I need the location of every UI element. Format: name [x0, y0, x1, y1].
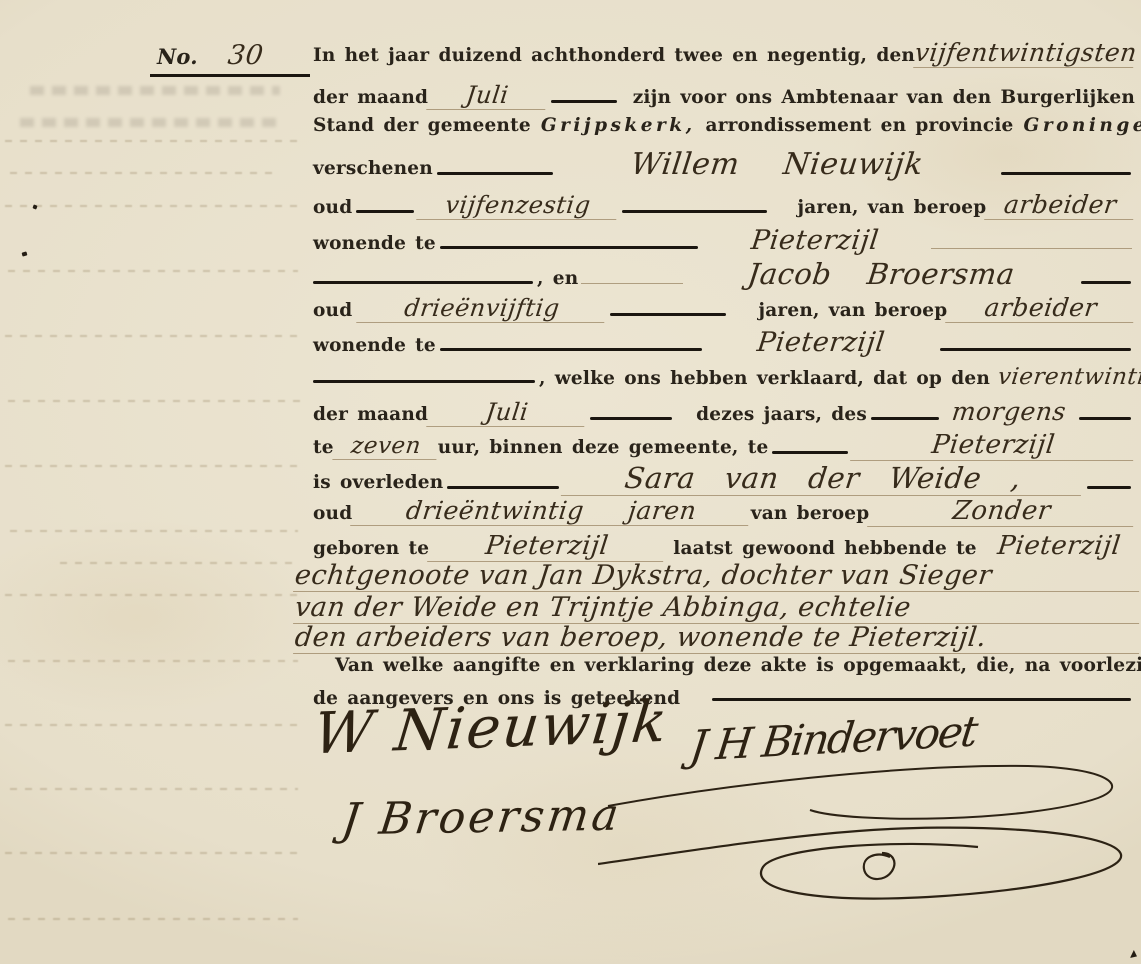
printed-geboren-label: geboren te	[313, 538, 429, 559]
hand-month: Juli	[426, 81, 548, 110]
hand-deceased-name: Sara van der Weide ,	[561, 461, 1085, 496]
printed-provincie-label: arrondissement en provincie	[706, 115, 1014, 136]
blank-fill-rule	[313, 380, 535, 383]
bleedthrough-line	[8, 660, 298, 662]
blank-fill-rule	[313, 281, 533, 284]
blank-fill-rule	[356, 210, 414, 213]
bleedthrough-line	[10, 530, 298, 532]
bleedthrough-line	[60, 562, 298, 564]
hand-declarant2-name: Jacob Broersma	[684, 257, 1079, 291]
blank-fill-rule	[940, 348, 1131, 351]
blank-fill-rule	[447, 486, 559, 489]
form-line-gemeente: Stand der gemeente Grijpskerk, arrondiss…	[313, 115, 1135, 136]
printed-oud-label: oud	[313, 503, 352, 524]
bleedthrough-line	[5, 465, 305, 467]
hand-death-day: vierentwintigsten	[988, 364, 1136, 390]
bleedthrough-line	[5, 594, 305, 596]
printed-en-label: , en	[537, 268, 578, 289]
bleedthrough-line	[10, 788, 298, 790]
scan-speck	[22, 251, 28, 256]
hand-family-details-1: echtgenoote van Jan Dykstra, dochter van…	[293, 560, 1141, 592]
hand-deceased-age: drieëntwintig jaren	[350, 496, 752, 526]
blank-fill-rule	[610, 313, 726, 316]
form-line-declarant2-name: , en Jacob Broersma	[313, 257, 1135, 291]
gemeente-name: Grijpskerk,	[541, 115, 696, 136]
form-line-family-3: den arbeiders van beroep, wonende te Pie…	[295, 622, 1141, 654]
blank-fill-rule	[1079, 417, 1131, 420]
form-line-family-2: van der Weide en Trijntje Abbinga, echte…	[295, 592, 1141, 624]
hand-declarant1-age: vijfenzestig	[417, 191, 621, 220]
form-line-month: der maand Juli zijn voor ons Ambtenaar v…	[313, 81, 1135, 110]
signature-flourish	[598, 758, 1141, 908]
bleedthrough-line	[10, 172, 280, 174]
bleedthrough-line	[5, 140, 297, 142]
printed-oud-label: oud	[313, 300, 352, 321]
bleedthrough-line	[5, 335, 305, 337]
act-number-underline	[150, 74, 310, 77]
form-line-declaration: , welke ons hebben verklaard, dat op den…	[313, 364, 1135, 390]
printed-oud-label: oud	[313, 197, 352, 218]
blank-fill-rule	[551, 100, 617, 103]
act-number-row: No. 30	[157, 40, 263, 71]
bleedthrough-line	[5, 205, 301, 207]
printed-year-text: In het jaar duizend achthonderd twee en …	[313, 45, 915, 66]
form-line-deceased-birthplace: geboren te Pieterzijl laatst gewoond heb…	[313, 531, 1135, 562]
form-line-deceased-name: is overleden Sara van der Weide ,	[313, 461, 1135, 496]
printed-dezes-jaars-text: dezes jaars, des	[696, 404, 867, 425]
blank-fill-rule	[440, 246, 698, 249]
hand-deceased-occupation: Zonder	[867, 496, 1136, 527]
hand-declarant2-occupation: arbeider	[946, 293, 1137, 323]
printed-overleden-label: is overleden	[313, 472, 443, 493]
hand-family-details-3: den arbeiders van beroep, wonende te Pie…	[293, 622, 1141, 654]
bleedthrough-line	[8, 400, 302, 402]
closing-rule	[712, 698, 1131, 701]
hand-death-hour: zeven	[332, 433, 439, 460]
hand-part-of-day: morgens	[941, 397, 1077, 426]
hand-death-place: Pieterzijl	[851, 430, 1137, 461]
printed-beroep-label: jaren, van beroep	[797, 197, 986, 218]
form-line-family-1: echtgenoote van Jan Dykstra, dochter van…	[295, 560, 1141, 592]
printed-month-label: der maand	[313, 404, 428, 425]
bleedthrough-text	[20, 118, 282, 127]
form-line-closing-1: Van welke aangifte en verklaring deze ak…	[313, 655, 1135, 676]
baseline-rule	[581, 283, 683, 284]
printed-te-label: te	[313, 437, 334, 458]
form-line-declarant1-age: oud vijfenzestig jaren, van beroep arbei…	[313, 190, 1135, 220]
form-line-declarant2-residence: wonende te Pieterzijl	[313, 327, 1135, 358]
blank-fill-rule	[437, 172, 553, 175]
form-line-declarant1-residence: wonende te Pieterzijl	[313, 225, 1135, 256]
blank-fill-rule	[590, 417, 672, 420]
hand-birthplace: Pieterzijl	[427, 531, 667, 562]
act-number-value: 30	[226, 40, 265, 71]
hand-declarant1-residence: Pieterzijl	[700, 225, 930, 256]
provincie-name: Groningen,	[1024, 115, 1141, 136]
form-line-declarant2-age: oud drieënvijftig jaren, van beroep arbe…	[313, 293, 1135, 323]
printed-gemeente-label: Stand der gemeente	[313, 115, 531, 136]
scan-speck	[1130, 950, 1137, 958]
blank-fill-rule	[1081, 281, 1131, 284]
signature-declarant-2: J Broersma	[339, 794, 623, 843]
bleedthrough-line	[5, 724, 305, 726]
form-line-declarant1-name: verschenen Willem Nieuwijk	[313, 147, 1135, 182]
hand-declarant1-name: Willem Nieuwijk	[555, 147, 999, 182]
printed-verschenen-label: verschenen	[313, 158, 433, 179]
printed-officer-text: zijn voor ons Ambtenaar van den Burgerli…	[633, 87, 1135, 108]
printed-wonende-label: wonende te	[313, 335, 436, 356]
printed-laatst-gewoond-text: laatst gewoond hebbende te	[673, 538, 977, 559]
baseline-rule	[931, 248, 1132, 249]
hand-day: vijfentwintigsten	[913, 38, 1137, 68]
hand-last-residence: Pieterzijl	[975, 531, 1137, 561]
form-line-death-hour: te zeven uur, binnen deze gemeente, te P…	[313, 430, 1135, 461]
bleedthrough-line	[8, 270, 298, 272]
blank-fill-rule	[440, 348, 702, 351]
printed-uur-gemeente-text: uur, binnen deze gemeente, te	[438, 437, 769, 458]
hand-declarant2-age: drieënvijftig	[357, 294, 609, 323]
hand-family-details-2: van der Weide en Trijntje Abbinga, echte…	[293, 592, 1141, 624]
hand-declarant2-residence: Pieterzijl	[704, 327, 938, 358]
blank-fill-rule	[1001, 172, 1131, 175]
hand-death-month: Juli	[426, 398, 588, 427]
death-certificate-scan: No. 30 In het jaar duizend achthonderd t…	[0, 0, 1141, 964]
act-number-label: No.	[157, 44, 198, 69]
form-line-year: In het jaar duizend achthonderd twee en …	[313, 38, 1135, 68]
printed-beroep-label: van beroep	[751, 503, 870, 524]
blank-fill-rule	[622, 210, 767, 213]
printed-beroep-label: jaren, van beroep	[758, 300, 947, 321]
printed-wonende-label: wonende te	[313, 233, 436, 254]
printed-verklaard-text: , welke ons hebben verklaard, dat op den	[539, 368, 990, 389]
bleedthrough-line	[8, 918, 298, 920]
printed-closing-text-1b: Van welke aangifte en verklaring deze ak…	[335, 655, 1141, 676]
signature-declarant-1: W Nieuwijk	[311, 694, 671, 764]
printed-month-label: der maand	[313, 87, 428, 108]
bleedthrough-text	[30, 86, 280, 95]
blank-fill-rule	[1087, 486, 1131, 489]
blank-fill-rule	[772, 451, 848, 454]
scan-speck	[32, 204, 37, 209]
form-line-deceased-age: oud drieëntwintig jaren van beroep Zonde…	[313, 496, 1135, 527]
bleedthrough-line	[5, 852, 305, 854]
blank-fill-rule	[871, 417, 939, 420]
form-line-death-month: der maand Juli dezes jaars, des morgens	[313, 397, 1135, 427]
hand-declarant1-occupation: arbeider	[985, 190, 1137, 220]
